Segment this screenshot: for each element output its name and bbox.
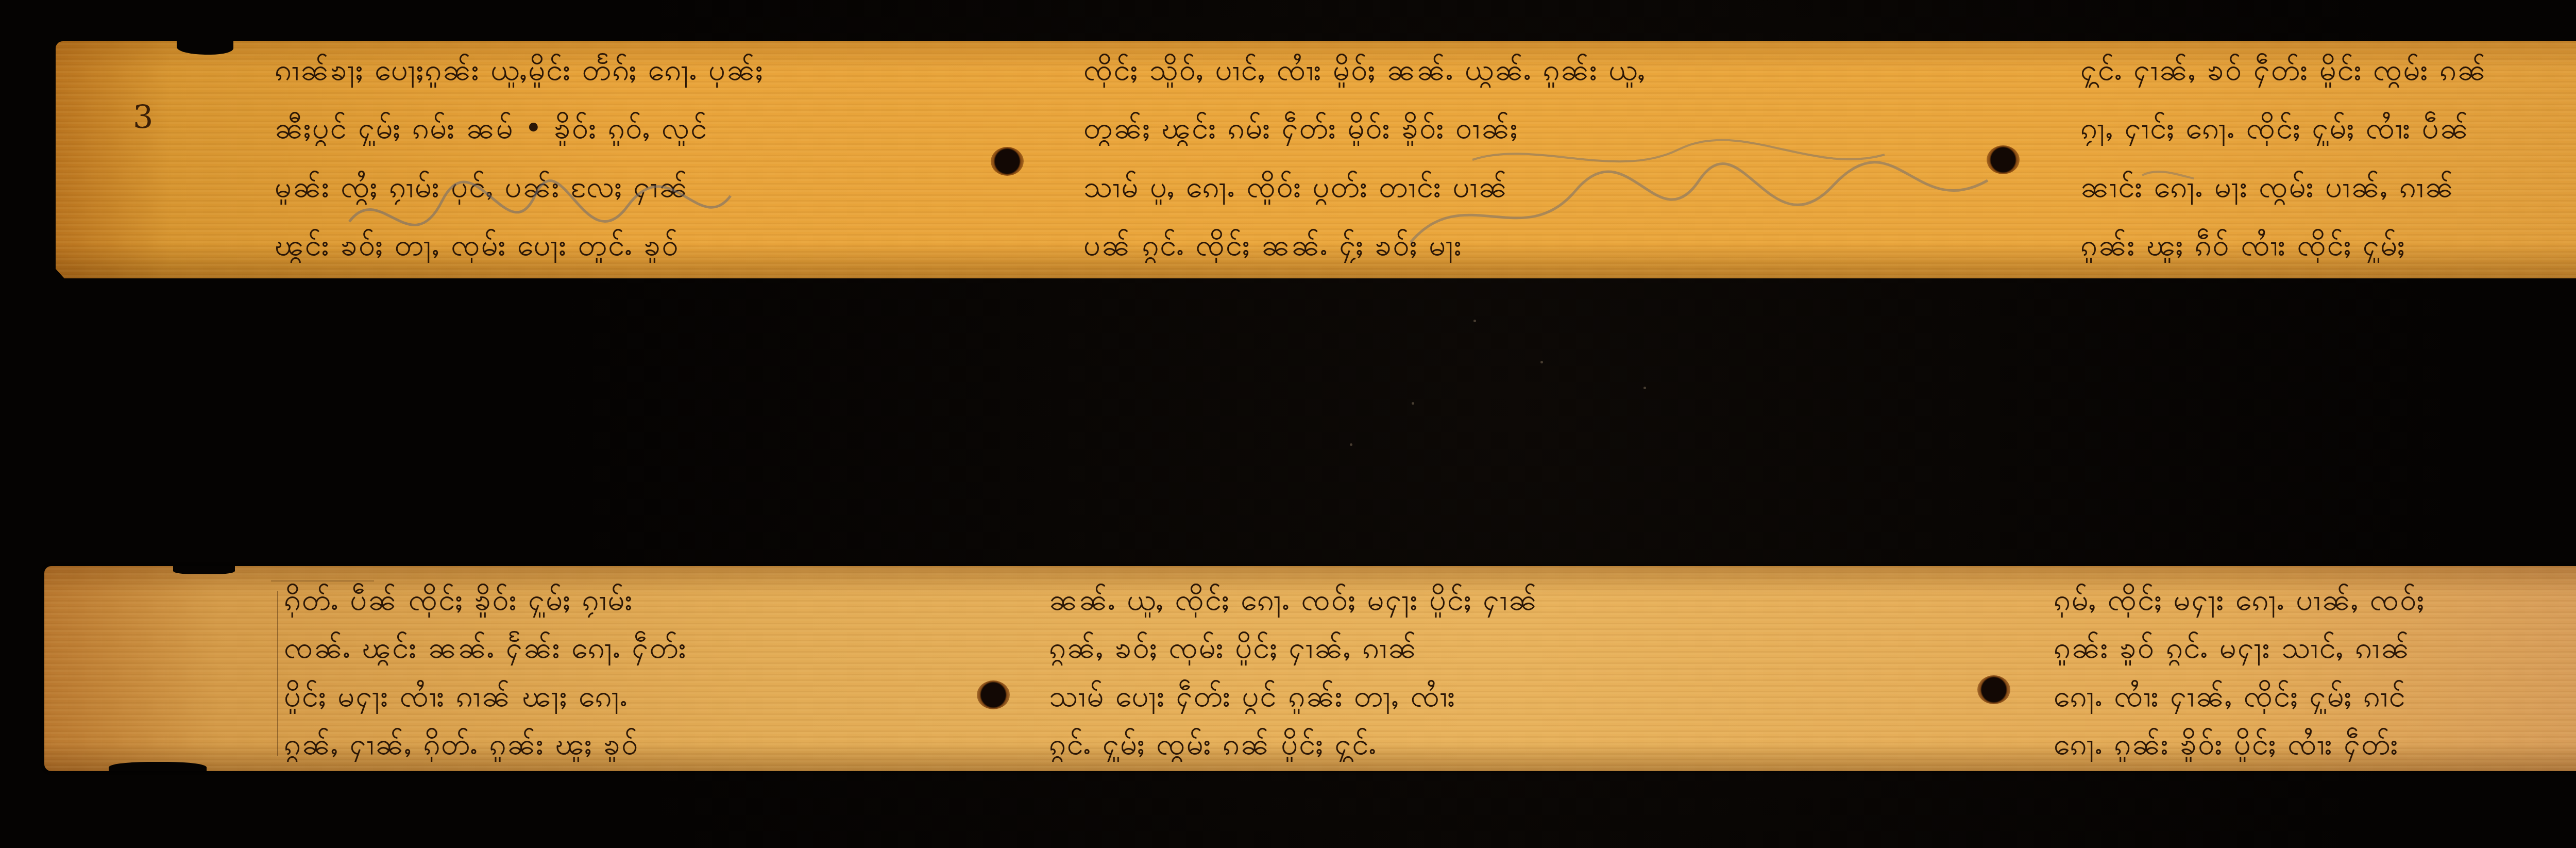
dust-speck bbox=[1540, 361, 1543, 363]
manuscript-line: သၢမ် ပေႃး ႁဵတ်း ပွင် ၵူၼ်း တႃႇ ၸၢႆး bbox=[1049, 678, 1945, 714]
palm-leaf-folio-top: 3 ၵၢၼ်ၶႃႈ ပေႃႈၵူၼ်း ယူႇမိူင်း တႅၵ်ႈ ၵေႃႉ… bbox=[56, 41, 2576, 278]
manuscript-line: ၵႂႃႇ ႁၢင်ႈ ၵေႃႉ ၸိုင်ႈ ႁူမ်ႈ ၸၢႆး ပဵၼ် bbox=[2080, 110, 2576, 146]
folio-number: 3 bbox=[133, 98, 153, 136]
binding-hole-left bbox=[977, 680, 1010, 709]
manuscript-line: ၵူၼ်း ၽူႈ ၵဵဝ် ၸၢႆး ၸိုင်ႈ ႁူမ်ႈ bbox=[2080, 227, 2576, 263]
manuscript-line: ၵိုတ်ႉ ပဵၼ် ၸိုင်ႈ ၶိူဝ်း ႁူမ်ႈ ၵႂၢမ်း bbox=[284, 581, 954, 618]
manuscript-line: ၵုမ်ႇ ၸိုင်ႈ မႁႃး ၵေႃႉ ပၢၼ်ႇ ၸဝ်ႈ bbox=[2054, 581, 2576, 618]
manuscript-line: ၼၼ်ႉ ယူႇ ၸိုင်ႈ ၵေႃႉ ၸဝ်ႈ မႁႃး ပိူင်ႈ ႁၢ… bbox=[1049, 581, 1945, 618]
leaf-edge-damage bbox=[173, 566, 235, 574]
manuscript-line: ပိူင်ႈ မႁႃး ၸၢႆး ၵၢၼ် ၽႃႈ ၵေႃႉ bbox=[284, 678, 954, 714]
manuscript-line: ၵေႃႉ ၸၢႆး ႁၢၼ်ႇ ၸိုင်ႈ ႁူမ်ႈ ၵၢင် bbox=[2054, 678, 2576, 714]
dust-speck bbox=[1412, 402, 1414, 405]
manuscript-line: ၸိုင်ႈ သိူဝ်ႇ ပၢင်ႇ ၸၢႆး မိူဝ်ႈ ၼၼ်ႉ ယွၼ… bbox=[1083, 52, 1959, 88]
manuscript-line: သၢမ် ပူႇ ၵေႃႉ ၸိူဝ်း ပွတ်း တၢင်း ပၢၼ် bbox=[1083, 169, 1959, 205]
palm-leaf-folio-bottom: ၵိုတ်ႉ ပဵၼ် ၸိုင်ႈ ၶိူဝ်း ႁူမ်ႈ ၵႂၢမ်း ၸ… bbox=[44, 566, 2576, 771]
binding-hole-left bbox=[991, 147, 1024, 176]
manuscript-line: မူၼ်း ၸွႆႈ ၵႂၢမ်း ပုင်ႇ ပၼ်း လႄႈ ႁၢၼ် bbox=[275, 169, 960, 205]
manuscript-line: ၵၢၼ်ၶႃႈ ပေႃႈၵူၼ်း ယူႇမိူင်း တႅၵ်ႈ ၵေႃႉ ပ… bbox=[275, 52, 960, 88]
manuscript-line: တွၼ်ႈ ၽွင်း ၵမ်း ႁဵတ်း မိူဝ်း ၶိူဝ်း ဝၢၼ… bbox=[1083, 110, 1959, 146]
manuscript-line: ၵူၼ်း ၶူဝ် ၵွင်ႉ မႁႃး သၢင်ႇ ၵၢၼ် bbox=[2054, 629, 2576, 666]
manuscript-line: ၼီႈပွင် ႁူမ်ႈ ၵမ်း ၼမ် • ၶိူဝ်း ၵူဝ်ႇ လူ… bbox=[275, 110, 960, 146]
dust-speck bbox=[1473, 320, 1476, 322]
binding-hole-right bbox=[1977, 675, 2010, 704]
text-column-right: ႁွင်ႉ ႁၢၼ်ႇ ၶဝ် ႁဵတ်း မိူင်း ၸွမ်း ၵၼ် ၵ… bbox=[2080, 52, 2576, 263]
binding-hole-right bbox=[1987, 145, 2020, 174]
leaf-edge-damage bbox=[177, 41, 233, 55]
manuscript-line: ႁွင်ႉ ႁၢၼ်ႇ ၶဝ် ႁဵတ်း မိူင်း ၸွမ်း ၵၼ် bbox=[2080, 52, 2576, 88]
dust-speck bbox=[1350, 443, 1352, 446]
manuscript-line: ၵွင်ႉ ႁူမ်ႈ ၸွမ်း ၵၼ် ပိူင်ႈ ႁွင်ႉ bbox=[1049, 726, 1945, 762]
dust-speck bbox=[1643, 387, 1646, 389]
margin-ruling-line bbox=[277, 591, 278, 756]
manuscript-line: ပၼ် ၵွင်ႉ ၸိုင်ႈ ၼၼ်ႉ ႁႂ်ႈ ၶဝ်ႈ မႃး bbox=[1083, 227, 1959, 263]
manuscript-line: ၸၼ်ႉ ၽွင်း ၼၼ်ႉ ႁႅၼ်း ၵေႃႉ ႁဵတ်း bbox=[284, 629, 954, 666]
text-column-right: ၵုမ်ႇ ၸိုင်ႈ မႁႃး ၵေႃႉ ပၢၼ်ႇ ၸဝ်ႈ ၵူၼ်း … bbox=[2054, 581, 2576, 762]
manuscript-line: ၵွၼ်ႇ ၶဝ်ႈ ၸုမ်း ပိူင်ႈ ႁၢၼ်ႇ ၵၢၼ် bbox=[1049, 629, 1945, 666]
text-column-left: ၵၢၼ်ၶႃႈ ပေႃႈၵူၼ်း ယူႇမိူင်း တႅၵ်ႈ ၵေႃႉ ပ… bbox=[275, 52, 960, 263]
manuscript-line: ၵေႃႉ ၵူၼ်း ၶိူဝ်း ပိူင်ႈ ၸၢႆး ႁဵတ်း bbox=[2054, 726, 2576, 762]
manuscript-line: ၵွၼ်ႇ ႁၢၼ်ႇ ၵိုတ်ႉ ၵူၼ်း ၽူႈ ၶူဝ် bbox=[284, 726, 954, 762]
text-column-middle: ၼၼ်ႉ ယူႇ ၸိုင်ႈ ၵေႃႉ ၸဝ်ႈ မႁႃး ပိူင်ႈ ႁၢ… bbox=[1049, 581, 1945, 762]
text-column-middle: ၸိုင်ႈ သိူဝ်ႇ ပၢင်ႇ ၸၢႆး မိူဝ်ႈ ၼၼ်ႉ ယွၼ… bbox=[1083, 52, 1959, 263]
manuscript-line: ၽွင်း ၶဝ်ႈ တႃႇ ၸုမ်း ပေႃး တူင်ႉ ၶူဝ် bbox=[275, 227, 960, 263]
manuscript-line: ၼၢင်း ၵေႃႉ မႃး ၸွမ်း ပၢၼ်ႇ ၵၢၼ် bbox=[2080, 169, 2576, 205]
leaf-edge-damage bbox=[109, 762, 207, 771]
text-column-left: ၵိုတ်ႉ ပဵၼ် ၸိုင်ႈ ၶိူဝ်း ႁူမ်ႈ ၵႂၢမ်း ၸ… bbox=[284, 581, 954, 762]
